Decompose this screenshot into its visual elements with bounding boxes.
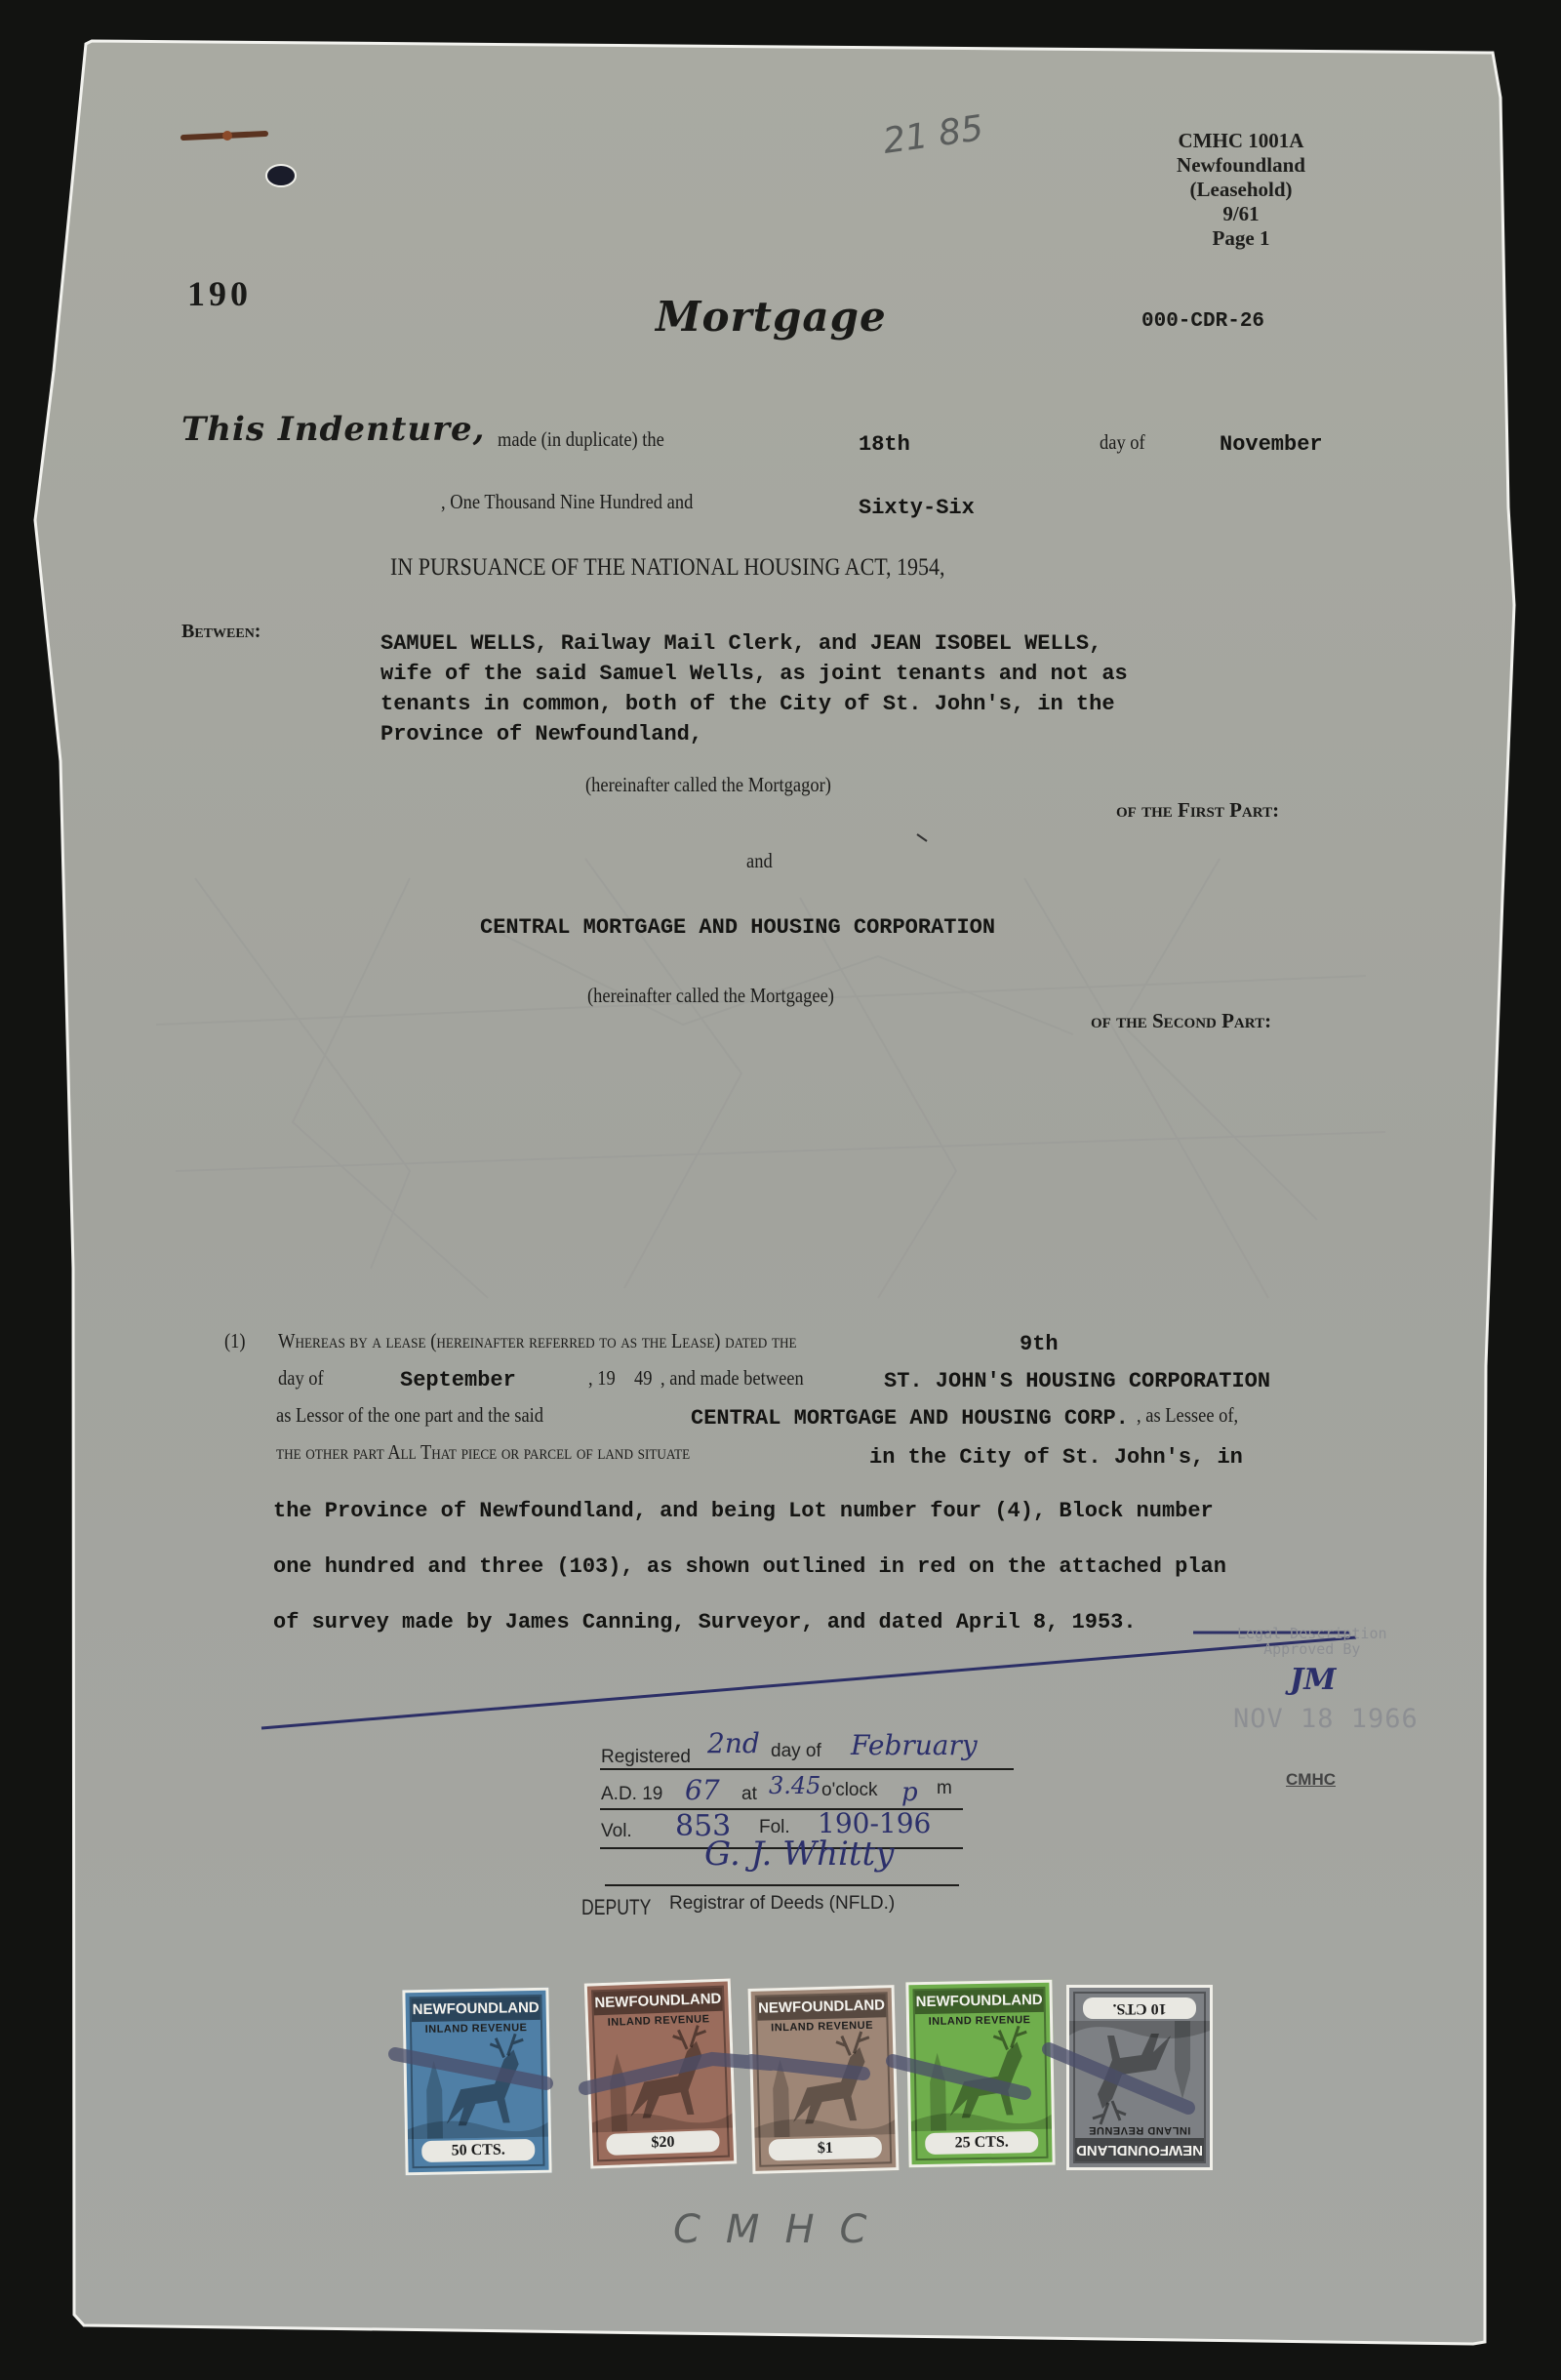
document-page: 21 85 CMHC 1001A Newfoundland (Leasehold…: [0, 0, 1561, 2380]
pencil-note-bottom: CMHC: [673, 2207, 892, 2252]
cancellation-marks: [0, 0, 1561, 2380]
